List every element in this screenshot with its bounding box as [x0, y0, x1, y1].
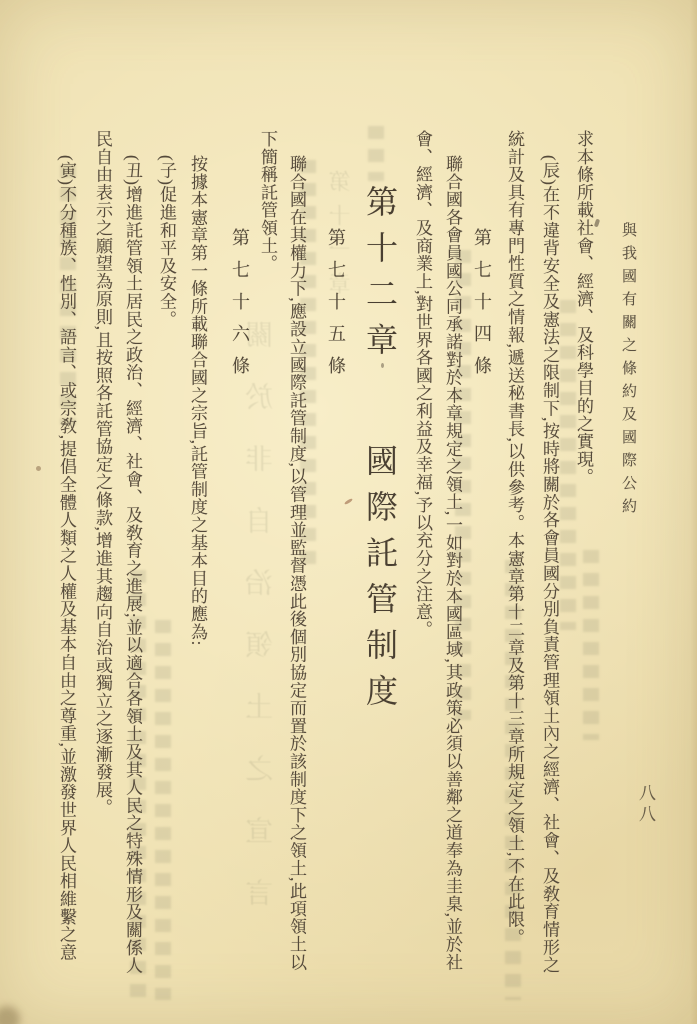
- paper-speck: [381, 363, 384, 368]
- chapter-name: 國際託管制度: [362, 444, 398, 720]
- chapter-number: 第十二章: [362, 185, 398, 369]
- ink-speck: [344, 498, 353, 505]
- text-column: (辰)在不違背安全及憲法之限制下,按時將關於各會員國分別負責管理領土內之經濟、社…: [539, 155, 559, 974]
- text-column: 按據本憲章第一條所載聯合國之宗旨,託管制度之基本目的應為:: [187, 155, 207, 646]
- corner-stain: [0, 1006, 20, 1024]
- bleedthrough-texture: [583, 550, 599, 740]
- page-number: 八八: [635, 784, 655, 826]
- bleedthrough-chapter-title: 關於非自治領土之宣言: [242, 320, 282, 940]
- bleedthrough-texture: [368, 126, 384, 181]
- text-column: 聯合國在其權力下,應設立國際託管制度,以管理並監督憑此後個別協定而置於該制度下之…: [286, 155, 306, 971]
- text-column: (子)促進和平及安全。: [156, 155, 176, 328]
- paper-speck: [36, 466, 41, 471]
- ink-speck: [594, 219, 600, 228]
- text-column: (丑)增進託管領土居民之政治、經濟、社會、及敎育之進展;並以適合各領土及其人民之…: [122, 155, 142, 974]
- chapter-title: 第十二章國際託管制度: [362, 185, 398, 720]
- text-column: 求本條所載社會、經濟、及科學目的之實現。: [573, 130, 593, 486]
- margin-running-head: 與我國有關之條約及國際公約: [619, 222, 637, 521]
- page-edge-shadow: [690, 0, 697, 1024]
- text-column: 民自由表示之願望為原則,且按照各託管協定之條款,增進其趨向自治或獨立之逐漸發展。: [92, 130, 112, 817]
- text-column: 統計及具有專門性質之情報,遞送秘書長,以供參考。本憲章第十二章及第十三章所規定之…: [504, 130, 524, 946]
- text-column: 下簡稱託管領土。: [257, 130, 277, 272]
- scanned-document-page: 第十一章 關於非自治領土之宣言 與我國有關之條約及國際公約 八八 求本條所載社會…: [0, 0, 697, 1024]
- text-column: 聯合國各會員國公同承諾對於本章規定之領土,一如對於本國區域,其政策必須以善鄰之道…: [442, 155, 462, 971]
- article-heading-74: 第七十四條: [471, 228, 493, 388]
- text-column: 會、經濟、及商業上,對世界各國之利益及幸福,予以充分之注意。: [412, 130, 432, 639]
- article-heading-76: 第七十六條: [229, 228, 251, 388]
- text-column: (寅)不分種族、性別、語言、或宗敎,提倡全體人類之人權及基本自由之尊重,並激發世…: [56, 155, 76, 961]
- article-heading-75: 第七十五條: [325, 228, 347, 388]
- bleedthrough-texture: [155, 620, 171, 1000]
